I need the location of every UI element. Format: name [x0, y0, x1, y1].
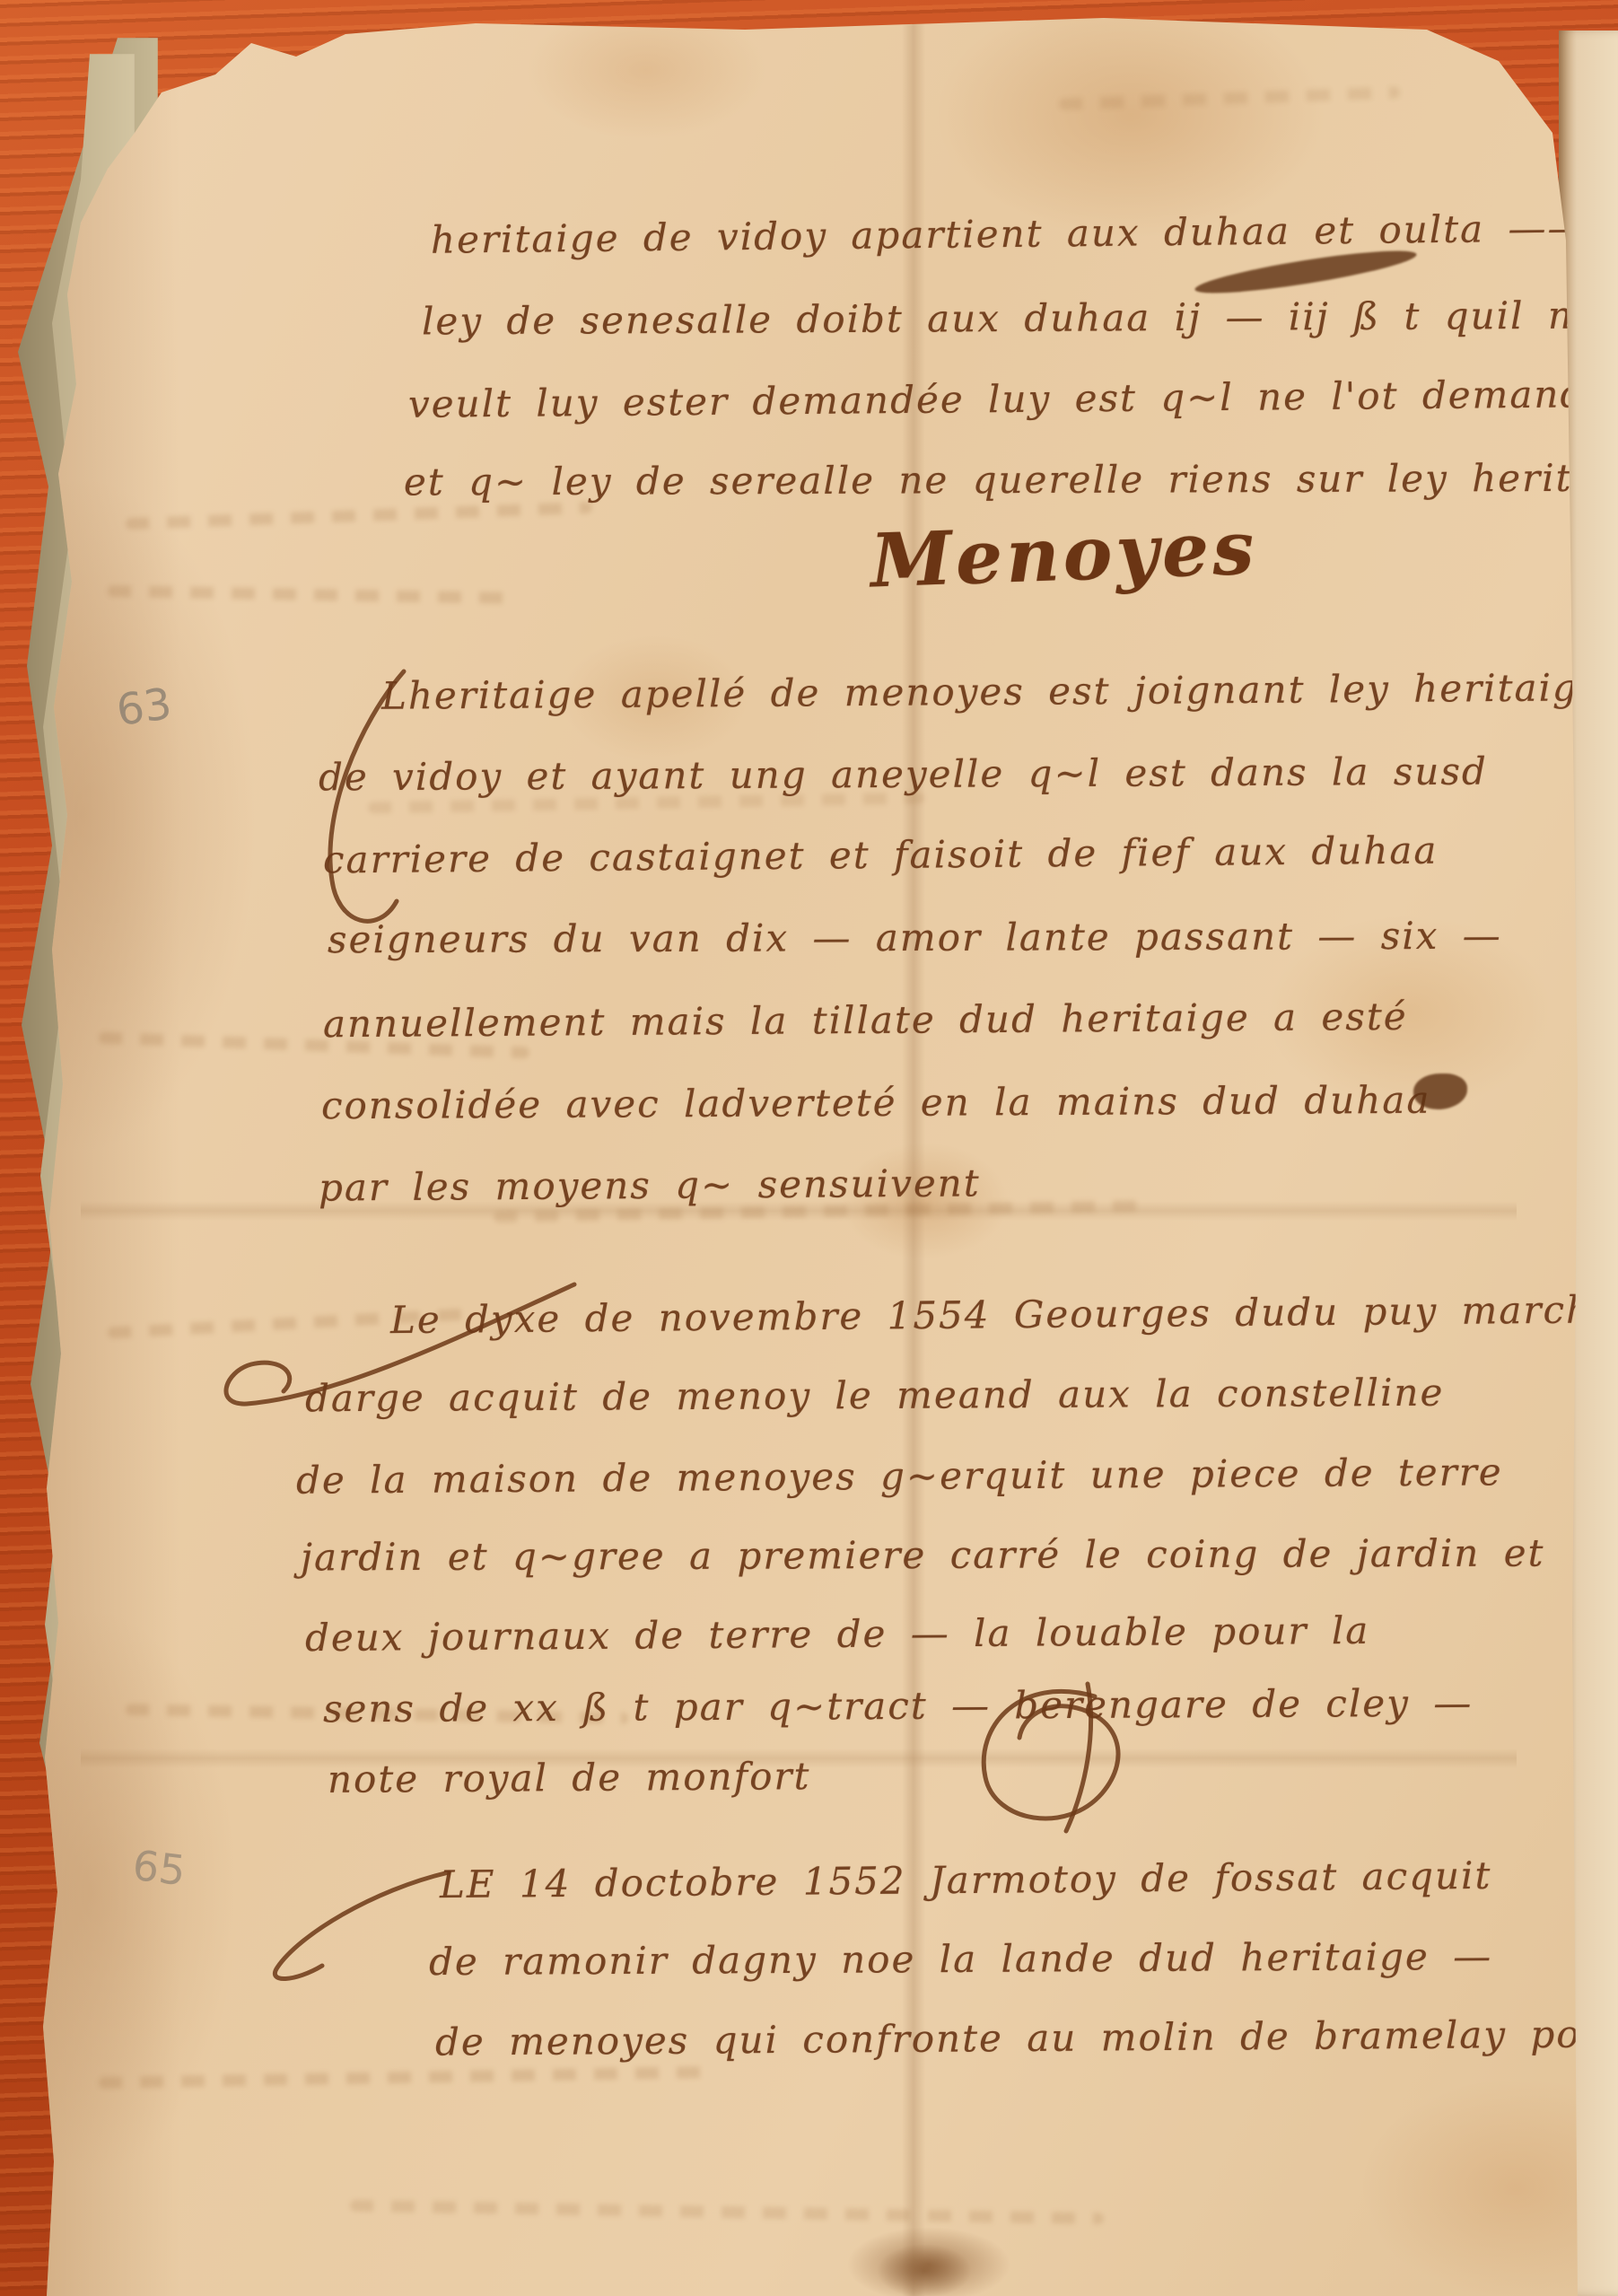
manuscript-line: LE 14 doctobre 1552 Jarmotoy de fossat a… [440, 1853, 1492, 1906]
manuscript-line: de ramonir dagny noe la lande dud herita… [429, 1934, 1492, 1984]
manuscript-line: consolidée avec ladverteté en la mains d… [321, 1078, 1431, 1127]
manuscript-photo: 63 65 heritaige de vidoy apartient aux d… [0, 0, 1618, 2296]
manuscript-line: darge acquit de menoy le meand aux la co… [305, 1371, 1445, 1421]
notarial-paraph [960, 1678, 1149, 1840]
manuscript-line: Lheritaige apellé de menoyes est joignan… [381, 665, 1603, 717]
folio-number-63: 63 [113, 679, 174, 736]
manuscript-page: 63 65 heritaige de vidoy apartient aux d… [27, 7, 1578, 2296]
manuscript-line: veult luy ester demandée luy est q~l ne … [408, 372, 1611, 426]
manuscript-line: note royal de monfort [328, 1754, 811, 1801]
manuscript-line: jardin et q~gree a premiere carré le coi… [301, 1531, 1545, 1580]
manuscript-line: sens de xx ß t par q~tract — berengare d… [323, 1681, 1474, 1731]
manuscript-line: deux journaux de terre de — la louable p… [305, 1608, 1370, 1660]
manuscript-line: de la maison de menoyes g~erquit une pie… [296, 1450, 1503, 1502]
bleed-through-text [350, 2200, 1104, 2225]
bleed-through-text [108, 585, 520, 604]
bleed-through-text [1059, 86, 1400, 110]
manuscript-line: carriere de castaignet et faisoit de fie… [323, 828, 1439, 882]
manuscript-line: annuellement mais la tillate dud heritai… [323, 995, 1408, 1046]
bleed-through-text [99, 2066, 709, 2089]
manuscript-line: de menoyes qui confronte au molin de bra… [435, 2011, 1618, 2064]
manuscript-line: seigneurs du van dix — amor lante passan… [328, 914, 1502, 962]
manuscript-line: ley de senesalle doibt aux duhaa ij — ii… [422, 294, 1598, 344]
manuscript-line: de vidoy et ayant ung aneyelle q~l est d… [319, 749, 1488, 800]
section-heading: Menoyes [869, 505, 1258, 605]
folio-number-65: 65 [130, 1841, 188, 1896]
bleed-through-text [126, 502, 592, 530]
manuscript-line: et q~ ley de serealle ne querelle riens … [404, 456, 1618, 504]
ink-blot [1413, 1074, 1467, 1109]
manuscript-line: par les moyens q~ sensuivent [319, 1161, 981, 1209]
